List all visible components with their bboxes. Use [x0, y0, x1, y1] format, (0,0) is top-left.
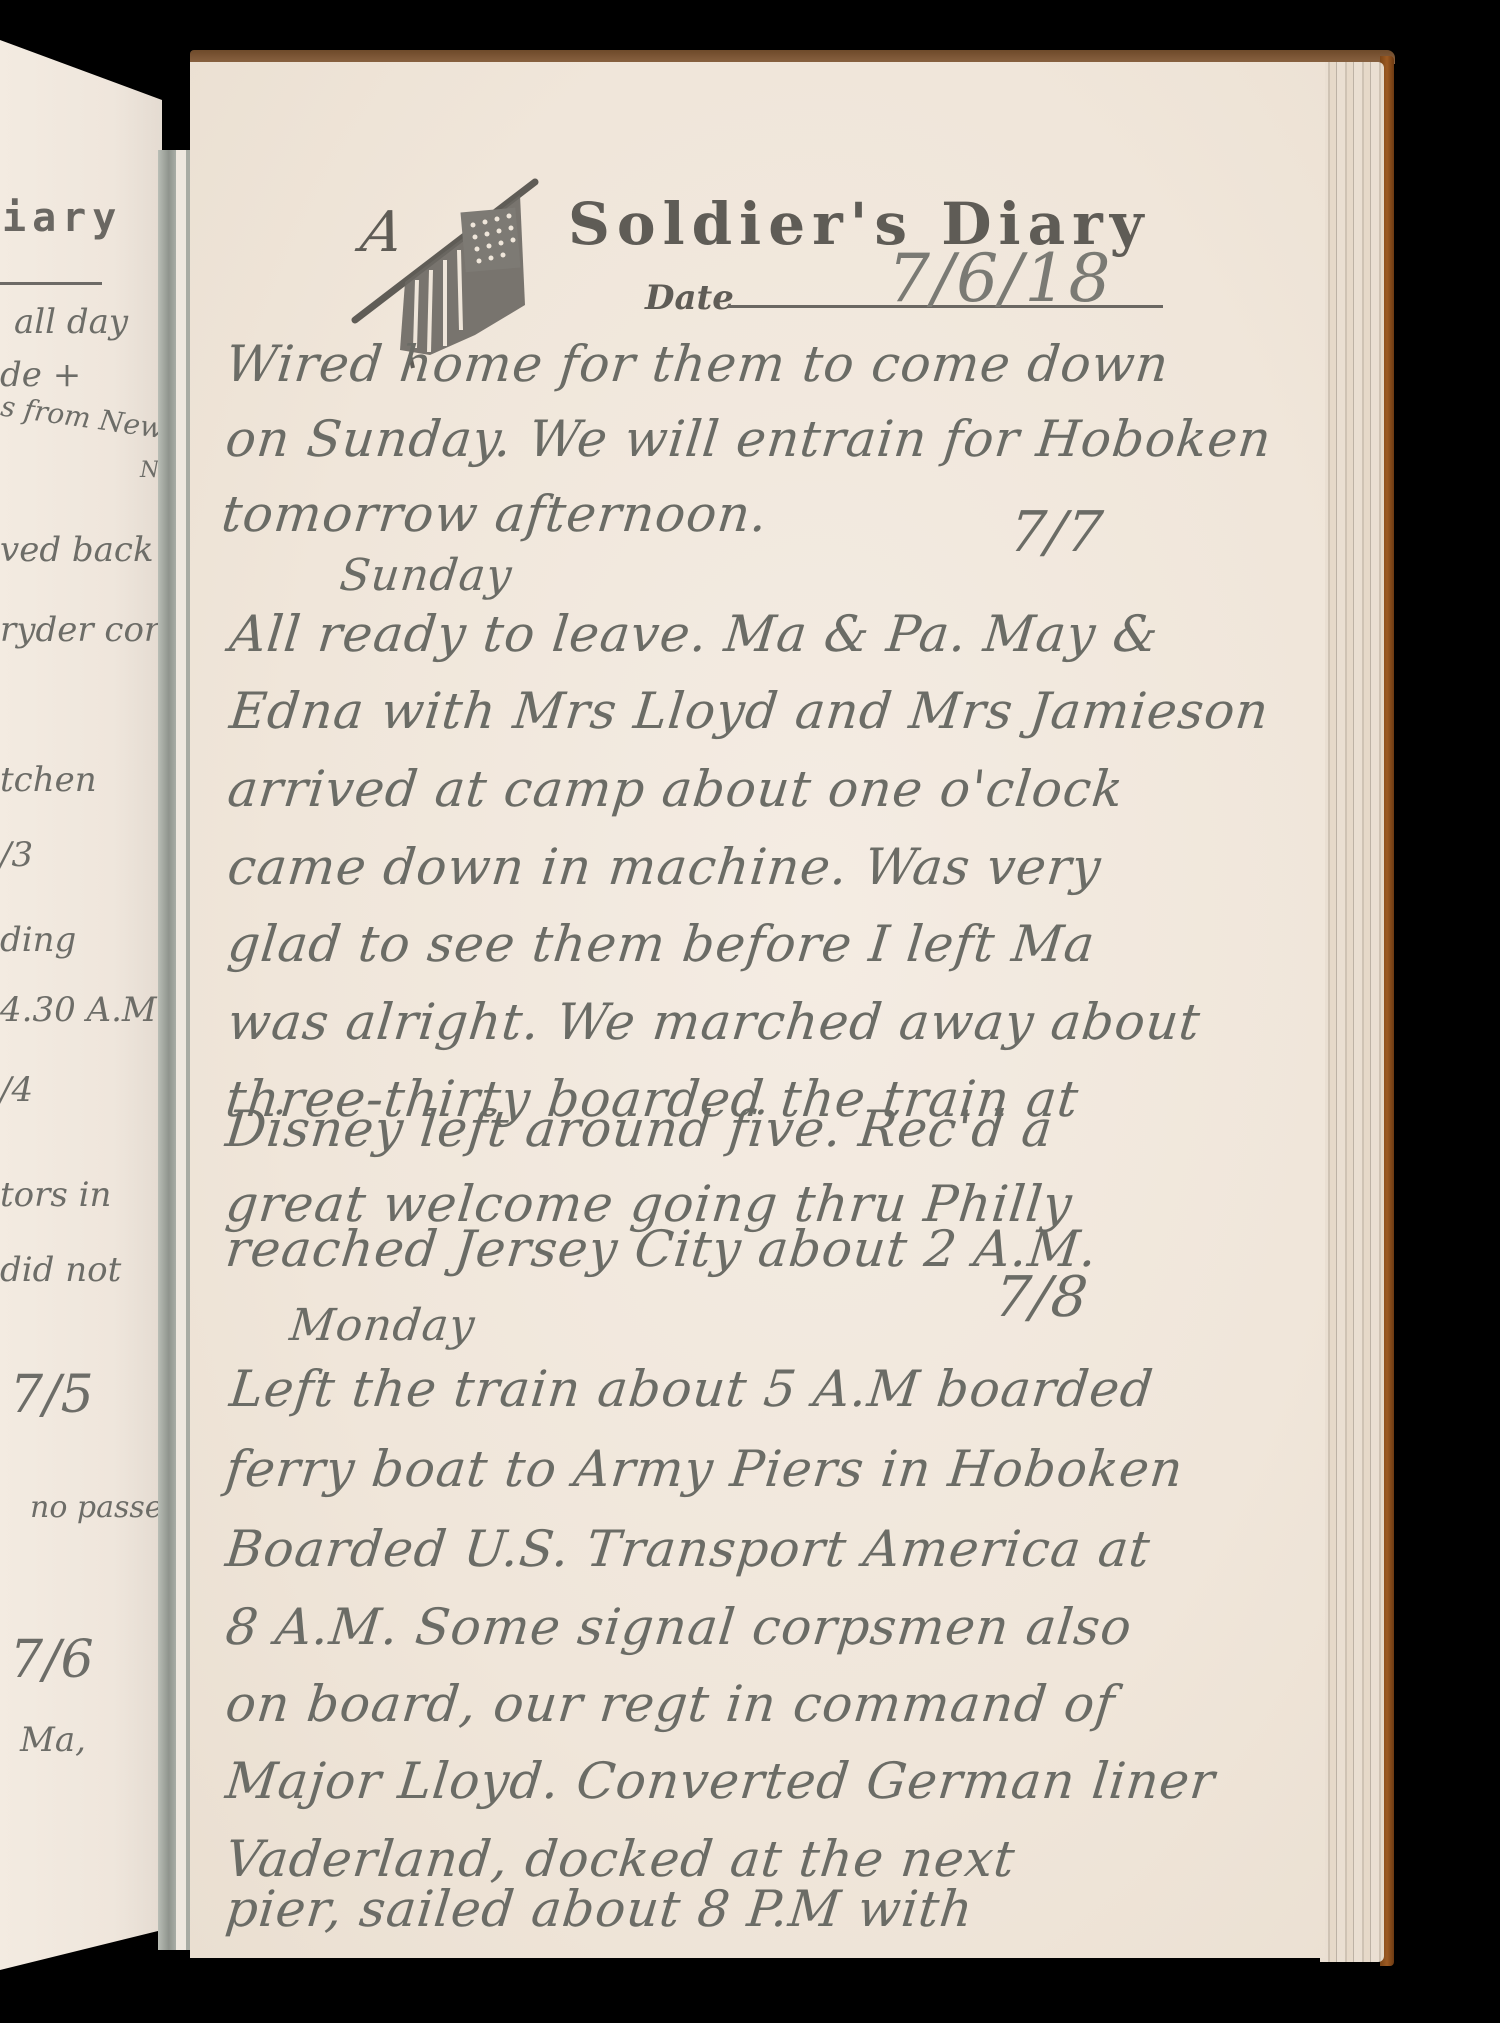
entry-line: ferry boat to Army Piers in Hoboken	[223, 1440, 1186, 1498]
entry-line: tomorrow afternoon.	[219, 485, 771, 543]
entry-line: on Sunday. We will entrain for Hoboken	[223, 410, 1275, 468]
entry-date: 7/7	[1007, 500, 1107, 565]
entry-line: Left the train about 5 A.M boarded	[227, 1360, 1156, 1418]
entry-line: Boarded U.S. Transport America at	[223, 1520, 1153, 1578]
entry-line: 8 A.M. Some signal corpsmen also	[223, 1598, 1135, 1656]
entry-line: All ready to leave. Ma & Pa. May &	[227, 605, 1162, 663]
left-line: de +	[0, 355, 81, 395]
entry-line: Major Lloyd. Converted German liner	[223, 1752, 1218, 1810]
entry-line: Edna with Mrs Lloyd and Mrs Jamieson	[227, 682, 1272, 740]
left-line: ding	[0, 920, 76, 960]
left-line: tchen	[0, 760, 97, 800]
date-value: 7/6/18	[888, 240, 1112, 317]
entry-date: 7/8	[992, 1265, 1092, 1330]
left-line: did not	[0, 1250, 121, 1290]
page-stack-edge	[1320, 62, 1384, 1962]
left-line: no passes	[30, 1490, 162, 1525]
entry-line: Disney left around five. Rec'd a	[223, 1100, 1056, 1158]
entry-line: reached Jersey City about 2 A.M.	[223, 1220, 1100, 1278]
left-line: ryder corp.	[0, 610, 162, 650]
entry-line: was alright. We marched away about	[225, 993, 1203, 1051]
gutter-shadow	[158, 150, 176, 1950]
left-line: 4.30 A.M.	[0, 990, 162, 1030]
left-page-date-rule	[0, 282, 102, 285]
left-line: all day	[14, 302, 128, 342]
entry-line: glad to see them before I left Ma	[225, 915, 1098, 973]
left-line: tors in	[0, 1175, 111, 1215]
left-line: Ma,	[20, 1720, 86, 1760]
left-line-date: 7/5	[10, 1365, 94, 1425]
entry-line: came down in machine. Was very	[225, 838, 1104, 896]
entry-line: Wired home for them to come down	[223, 335, 1172, 393]
entry-line: on board, our regt in command of	[223, 1675, 1118, 1733]
left-line: s from Newport	[0, 390, 162, 454]
left-page-printed-title: iary	[2, 195, 122, 241]
left-line: /3	[0, 835, 33, 875]
entry-line: arrived at camp about one o'clock	[225, 760, 1127, 818]
left-page: iary all day de + s from Newport New ved…	[0, 40, 162, 1970]
left-line-date: 7/6	[10, 1630, 94, 1690]
entry-day: Monday	[287, 1300, 478, 1351]
gutter-binding	[176, 150, 186, 1950]
left-line: /4	[0, 1070, 33, 1110]
date-label: Date	[645, 278, 734, 318]
left-line: ved back	[0, 530, 154, 570]
entry-line: pier, sailed about 8 P.M with	[223, 1880, 976, 1938]
entry-day: Sunday	[337, 550, 514, 601]
